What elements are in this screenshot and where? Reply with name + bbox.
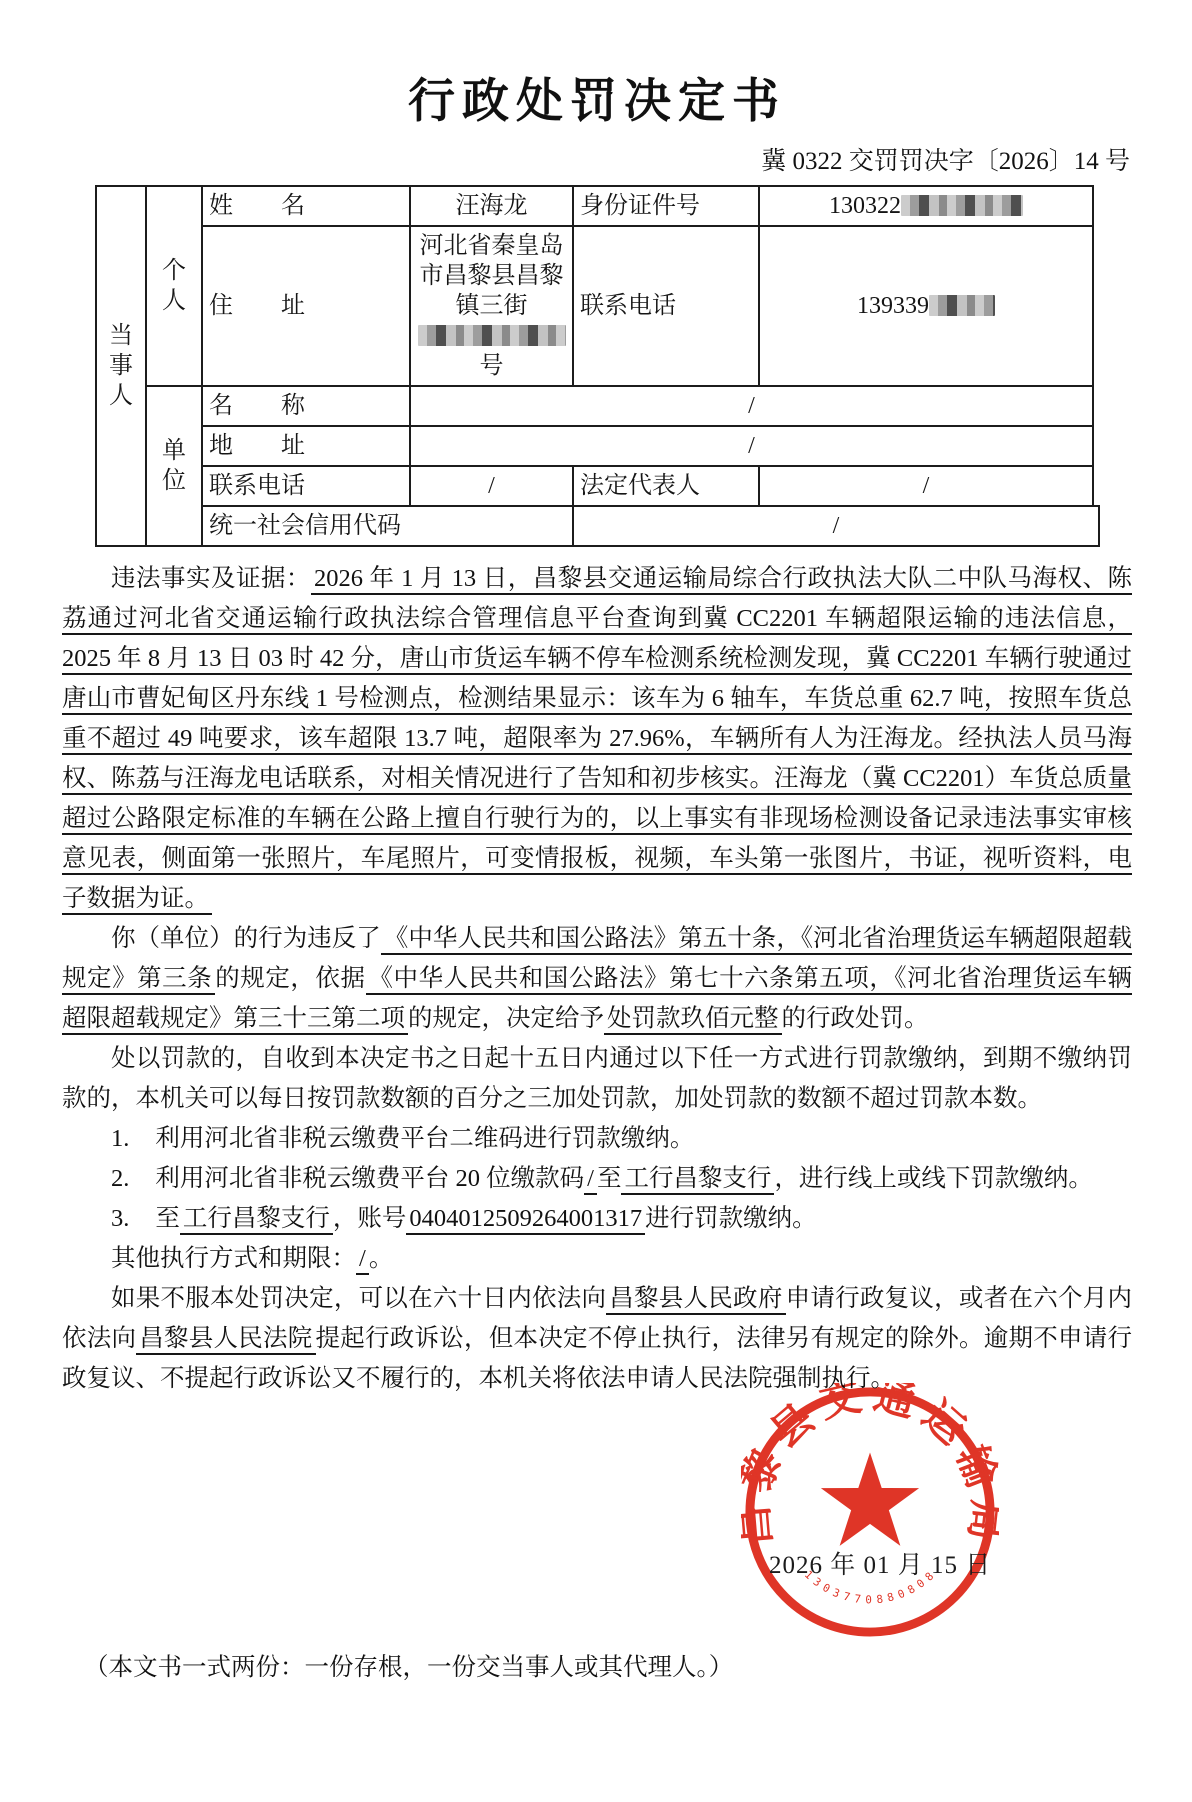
item1-text: 利用河北省非税云缴费平台二维码进行罚款缴纳。 — [155, 1125, 694, 1152]
unit-address-label: 地 址 — [202, 426, 410, 466]
table-row: 统一社会信用代码 / — [96, 506, 1099, 546]
item1-number: 1. — [111, 1125, 129, 1152]
legal-rep-value: / — [759, 466, 1093, 506]
appeal-court: 昌黎县人民法院 — [136, 1325, 315, 1355]
unit-address-value: / — [410, 426, 1093, 466]
table-row: 当事人 个人 姓 名 汪海龙 身份证件号 130322 — [96, 186, 1099, 226]
person-section-cell: 个人 — [146, 186, 202, 386]
payment-item-3: 3.至工行昌黎支行，账号0404012509264001317进行罚款缴纳。 — [62, 1199, 1132, 1239]
facts-filled-text: 2026 年 1 月 13 日，昌黎县交通运输局综合行政执法大队二中队马海权、陈… — [62, 565, 1132, 915]
unit-name-label: 名 称 — [202, 386, 410, 426]
page-title: 行政处罚决定书 — [62, 64, 1132, 131]
item2-text-a: 利用河北省非税云缴费平台 20 位缴款码 — [155, 1165, 584, 1192]
uscc-value: / — [573, 506, 1099, 546]
legal-text-c: 的规定，决定给予 — [408, 1005, 604, 1032]
uscc-label: 统一社会信用代码 — [202, 506, 573, 546]
legal-text-a: 你（单位）的行为违反了 — [111, 925, 381, 952]
payment-intro-paragraph: 处以罚款的，自收到本决定书之日起十五日内通过以下任一方式进行罚款缴纳，到期不缴纳… — [62, 1039, 1132, 1119]
document-number: 冀 0322 交罚罚决字〔2026〕14 号 — [62, 141, 1132, 177]
id-redaction-block — [901, 195, 1023, 216]
item3-number: 3. — [111, 1205, 129, 1232]
address-suffix: 号 — [480, 353, 504, 379]
other-end: 。 — [369, 1245, 394, 1272]
legal-rep-label: 法定代表人 — [573, 466, 759, 506]
phone-label: 联系电话 — [573, 226, 759, 386]
address-label: 住 址 — [202, 226, 410, 386]
decision-date: 2026 年 01 月 15 日 — [769, 1545, 991, 1581]
item2-slash: / — [584, 1165, 597, 1195]
unit-phone-value: / — [410, 466, 573, 506]
other-slash: / — [356, 1245, 369, 1275]
legal-basis-paragraph: 你（单位）的行为违反了《中华人民共和国公路法》第五十条，《河北省治理货运车辆超限… — [62, 919, 1132, 1039]
item2-text-b: 至 — [597, 1165, 622, 1192]
item3-text-a: 至 — [155, 1205, 180, 1232]
unit-section-cell: 单位 — [146, 386, 202, 546]
item3-text-c: 进行罚款缴纳。 — [645, 1205, 817, 1232]
unit-name-value: / — [410, 386, 1093, 426]
official-seal: 昌黎县交通运输局 1303770880808 — [741, 1383, 999, 1641]
unit-phone-label: 联系电话 — [202, 466, 410, 506]
payment-item-2: 2.利用河北省非税云缴费平台 20 位缴款码/至工行昌黎支行，进行线上或线下罚款… — [62, 1159, 1132, 1199]
facts-label: 违法事实及证据： — [111, 565, 311, 592]
item2-text-c: ，进行线上或线下罚款缴纳。 — [774, 1165, 1093, 1192]
address-value: 河北省秦皇岛市昌黎县昌黎镇三街号 — [410, 226, 573, 386]
item2-number: 2. — [111, 1165, 129, 1192]
penalty-amount: 处罚款玖佰元整 — [604, 1005, 782, 1035]
violation-facts-paragraph: 违法事实及证据：2026 年 1 月 13 日，昌黎县交通运输局综合行政执法大队… — [62, 559, 1132, 919]
item3-bank: 工行昌黎支行 — [180, 1205, 333, 1235]
table-row: 地 址 / — [96, 426, 1099, 466]
appeal-rights-paragraph: 如果不服本处罚决定，可以在六十日内依法向昌黎县人民政府申请行政复议，或者在六个月… — [62, 1279, 1132, 1399]
item3-account-number: 0404012509264001317 — [406, 1205, 645, 1235]
item2-bank: 工行昌黎支行 — [621, 1165, 774, 1195]
penalty-decision-document: 行政处罚决定书 冀 0322 交罚罚决字〔2026〕14 号 当事人 个人 姓 … — [0, 0, 1192, 1802]
id-visible-digits: 130322 — [829, 193, 901, 219]
name-label: 姓 名 — [202, 186, 410, 226]
phone-value: 139339 — [759, 226, 1093, 386]
name-value: 汪海龙 — [410, 186, 573, 226]
document-body: 违法事实及证据：2026 年 1 月 13 日，昌黎县交通运输局综合行政执法大队… — [62, 559, 1132, 1399]
other-execution-paragraph: 其他执行方式和期限：/。 — [62, 1239, 1132, 1279]
phone-visible-digits: 139339 — [857, 293, 929, 319]
address-text: 河北省秦皇岛市昌黎县昌黎镇三街 — [420, 233, 564, 319]
id-value: 130322 — [759, 186, 1093, 226]
appeal-text-a: 如果不服本处罚决定，可以在六十日内依法向 — [111, 1285, 606, 1312]
party-label-cell: 当事人 — [96, 186, 146, 546]
party-info-table: 当事人 个人 姓 名 汪海龙 身份证件号 130322 住 址 河北省秦皇岛市昌… — [95, 185, 1100, 547]
legal-text-b: 的规定，依据 — [215, 965, 365, 992]
copies-note: （本文书一式两份：一份存根，一份交当事人或其代理人。） — [84, 1648, 733, 1683]
appeal-government: 昌黎县人民政府 — [606, 1285, 785, 1315]
payment-item-1: 1.利用河北省非税云缴费平台二维码进行罚款缴纳。 — [62, 1119, 1132, 1159]
table-row: 单位 名 称 / — [96, 386, 1099, 426]
star-icon — [821, 1452, 919, 1545]
legal-text-d: 的行政处罚。 — [782, 1005, 929, 1032]
phone-redaction-block — [929, 295, 995, 316]
item3-text-b: ，账号 — [333, 1205, 407, 1232]
id-label: 身份证件号 — [573, 186, 759, 226]
address-redaction-block — [418, 325, 566, 346]
table-row: 联系电话 / 法定代表人 / — [96, 466, 1099, 506]
table-row: 住 址 河北省秦皇岛市昌黎县昌黎镇三街号 联系电话 139339 — [96, 226, 1099, 386]
other-label: 其他执行方式和期限： — [111, 1245, 356, 1272]
